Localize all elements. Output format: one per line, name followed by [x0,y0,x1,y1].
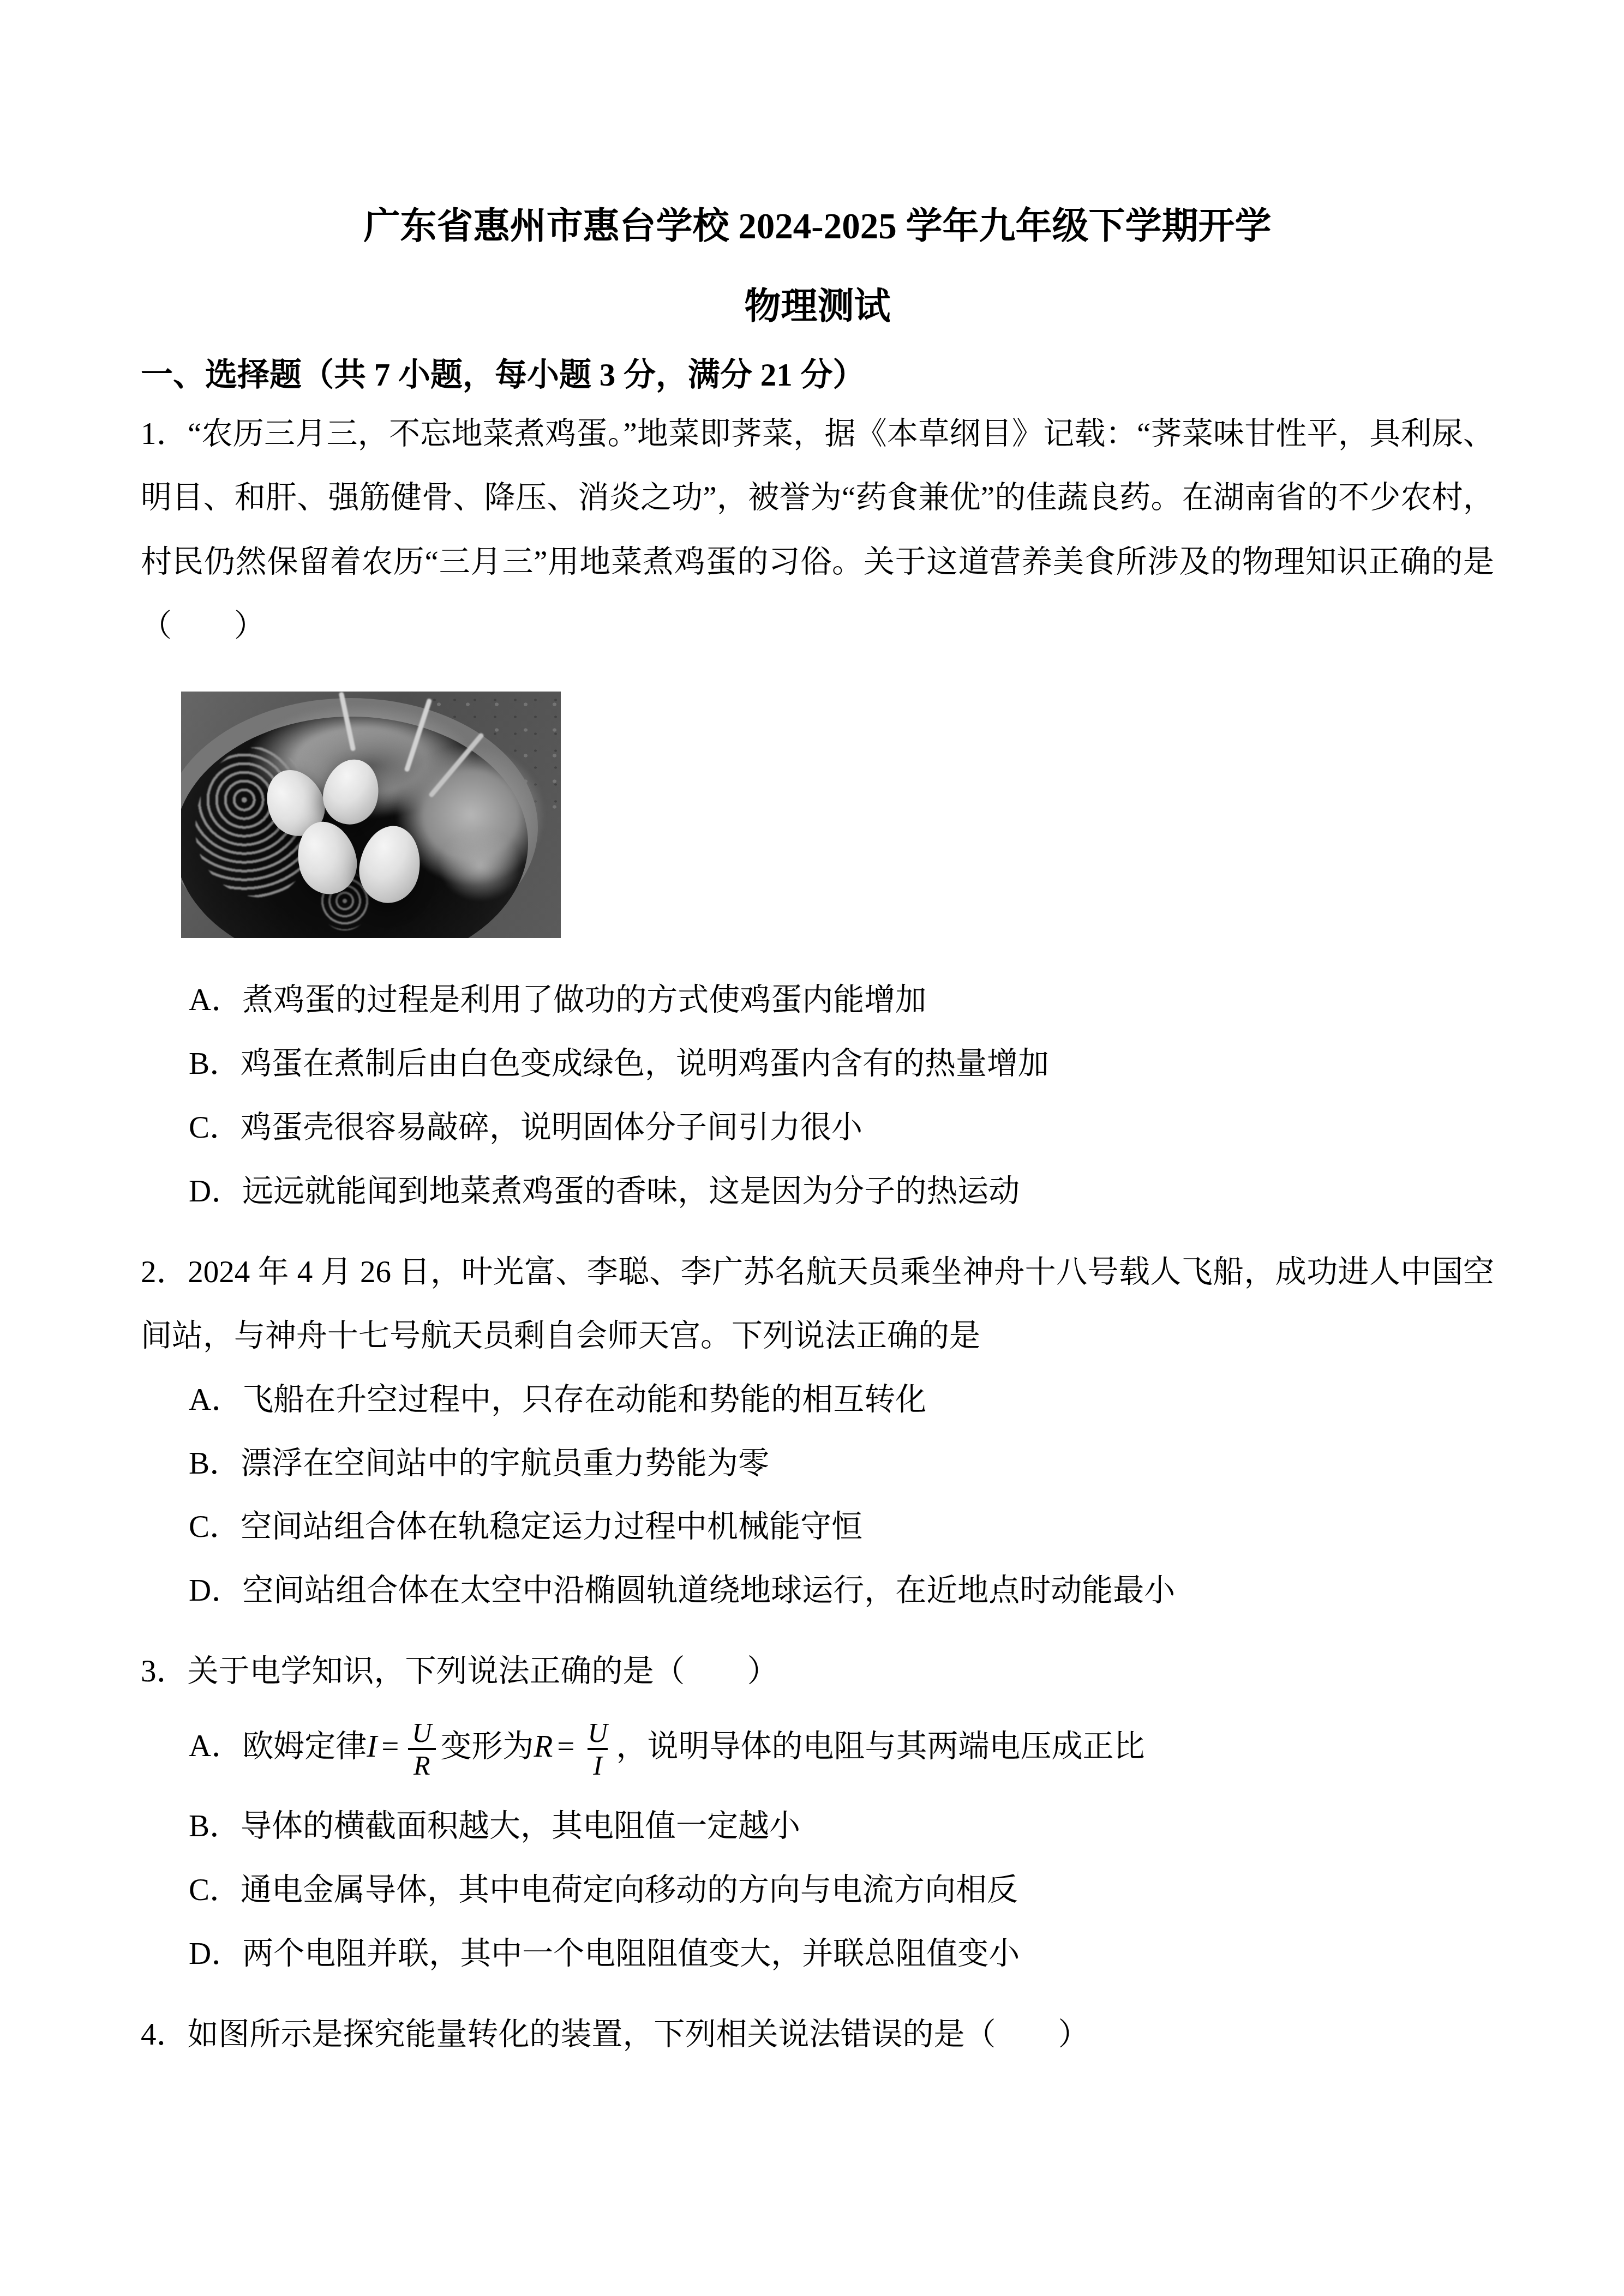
question-1-number: 1． [141,417,188,451]
option-label: B． [189,1047,241,1081]
page-subtitle: 物理测试 [141,286,1494,327]
formula-symbol-R: R [534,1729,553,1764]
question-4-stem-text: 如图所示是探究能量转化的装置，下列相关说法错误的是（ ） [188,2017,1089,2052]
fraction-denominator: I [588,1748,608,1781]
equals-sign: = [553,1729,579,1764]
question-3-stem-text: 关于电学知识，下列说法正确的是（ ） [188,1654,778,1688]
formula-middle: 变形为 [440,1729,534,1764]
question-1-option-d: D．远远就能闻到地菜煮鸡蛋的香味，这是因为分子的热运动 [141,1160,1494,1224]
question-1-option-a: A．煮鸡蛋的过程是利用了做功的方式使鸡蛋内能增加 [141,969,1494,1032]
formula-symbol-I: I [367,1729,377,1764]
option-label: B． [189,1809,241,1843]
option-text: 漂浮在空间站中的宇航员重力势能为零 [241,1446,769,1481]
fraction-denominator: R [408,1748,436,1781]
herb-leaves-lower-right [436,827,524,903]
equals-sign: = [377,1729,403,1764]
question-1-figure [181,692,1494,938]
question-2-option-b: B．漂浮在空间站中的宇航员重力势能为零 [141,1432,1494,1496]
fraction-numerator: U [406,1717,437,1748]
question-3-option-d: D．两个电阻并联，其中一个电阻阻值变大，并联总阻值变小 [141,1922,1494,1986]
question-4-number: 4． [141,2017,188,2052]
question-2-option-a: A．飞船在升空过程中，只存在动能和势能的相互转化 [141,1368,1494,1432]
question-3-number: 3． [141,1654,188,1688]
question-2-number: 2． [141,1255,188,1289]
question-3-option-a: A．欧姆定律I=UR变形为R=UI，说明导体的电阻与其两端电压成正比 [141,1703,1494,1795]
question-4-stem: 4．如图所示是探究能量转化的装置，下列相关说法错误的是（ ） [141,2003,1494,2066]
section-heading: 一、选择题（共 7 小题，每小题 3 分，满分 21 分） [141,356,1494,394]
option-label: A． [189,1729,242,1764]
option-label: D． [189,1174,242,1209]
question-2-option-c: C．空间站组合体在轨稳定运力过程中机械能守恒 [141,1495,1494,1559]
question-3-option-c: C．通电金属导体，其中电荷定向移动的方向与电流方向相反 [141,1859,1494,1922]
option-text: 飞船在升空过程中，只存在动能和势能的相互转化 [242,1383,926,1417]
question-3: 3．关于电学知识，下列说法正确的是（ ） A．欧姆定律I=UR变形为R=UI，说… [141,1639,1494,1986]
option-label: C． [189,1110,241,1145]
fraction-U-over-I: UI [582,1717,613,1781]
option-text: 空间站组合体在太空中沿椭圆轨道绕地球运行，在近地点时动能最小 [242,1573,1175,1608]
option-label: A． [189,983,242,1017]
option-label: A． [189,1383,242,1417]
question-3-option-b: B．导体的横截面积越大，其电阻值一定越小 [141,1795,1494,1859]
option-label: C． [189,1510,241,1544]
option-text: 导体的横截面积越大，其电阻值一定越小 [241,1809,800,1843]
fraction-U-over-R: UR [406,1717,437,1781]
question-1-option-b: B．鸡蛋在煮制后由白色变成绿色，说明鸡蛋内含有的热量增加 [141,1032,1494,1096]
fraction-numerator: U [582,1717,613,1748]
option-text: 鸡蛋壳很容易敲碎，说明固体分子间引力很小 [241,1110,862,1145]
question-2-stem-text: 2024 年 4 月 26 日，叶光富、李聪、李广苏名航天员乘坐神舟十八号载人飞… [141,1255,1494,1353]
option-text: 两个电阻并联，其中一个电阻阻值变大，并联总阻值变小 [242,1937,1020,1971]
formula-intro: 欧姆定律 [242,1729,367,1764]
question-1-stem-text: “农历三月三，不忘地菜煮鸡蛋。”地菜即荠菜，据《本草纲目》记载：“荠菜味甘性平，… [141,417,1494,643]
question-3-stem: 3．关于电学知识，下列说法正确的是（ ） [141,1639,1494,1703]
question-1-stem: 1．“农历三月三，不忘地菜煮鸡蛋。”地菜即荠菜，据《本草纲目》记载：“荠菜味甘性… [141,402,1494,658]
question-2-stem: 2．2024 年 4 月 26 日，叶光富、李聪、李广苏名航天员乘坐神舟十八号载… [141,1240,1494,1368]
option-text: 通电金属导体，其中电荷定向移动的方向与电流方向相反 [241,1873,1018,1907]
question-2-option-d: D．空间站组合体在太空中沿椭圆轨道绕地球运行，在近地点时动能最小 [141,1559,1494,1623]
option-label: D． [189,1937,242,1971]
question-4: 4．如图所示是探究能量转化的装置，下列相关说法错误的是（ ） [141,2003,1494,2066]
question-1-option-c: C．鸡蛋壳很容易敲碎，说明固体分子间引力很小 [141,1096,1494,1160]
option-text: 鸡蛋在煮制后由白色变成绿色，说明鸡蛋内含有的热量增加 [241,1047,1049,1081]
exam-page: 广东省惠州市惠台学校 2024-2025 学年九年级下学期开学 物理测试 一、选… [0,0,1624,2296]
option-text: 欧姆定律I=UR变形为R=UI，说明导体的电阻与其两端电压成正比 [242,1729,1144,1764]
eggs-in-pot-photo [181,692,561,938]
formula-tail: ，说明导体的电阻与其两端电压成正比 [616,1729,1145,1764]
option-label: C． [189,1873,241,1907]
option-text: 远远就能闻到地菜煮鸡蛋的香味，这是因为分子的热运动 [242,1174,1020,1209]
option-label: B． [189,1446,241,1481]
page-title: 广东省惠州市惠台学校 2024-2025 学年九年级下学期开学 [141,206,1494,247]
option-text: 空间站组合体在轨稳定运力过程中机械能守恒 [241,1510,862,1544]
option-label: D． [189,1573,242,1608]
question-2: 2．2024 年 4 月 26 日，叶光富、李聪、李广苏名航天员乘坐神舟十八号载… [141,1240,1494,1623]
option-text: 煮鸡蛋的过程是利用了做功的方式使鸡蛋内能增加 [242,983,926,1017]
